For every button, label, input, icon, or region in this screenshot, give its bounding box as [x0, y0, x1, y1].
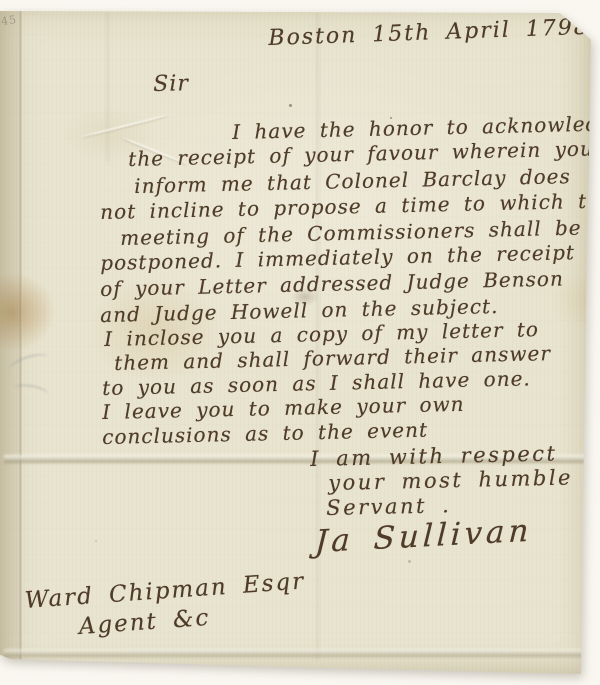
ink-speck [289, 104, 292, 107]
closing-line: your most humble [328, 465, 573, 495]
horizontal-crease-bottom [4, 649, 588, 657]
salutation: Sir [153, 71, 189, 97]
left-fold-strip [0, 10, 20, 663]
pencil-edge-mark: 45 [0, 13, 18, 28]
wrinkle-crease [81, 114, 169, 138]
closing-line: Servant . [326, 493, 452, 520]
signature: Ja Sullivan [314, 513, 533, 561]
vertical-fold-line [20, 10, 22, 665]
vertical-crease-top-left [106, 12, 113, 162]
paper-shadow-wrap: 45 Boston 15th April 1798 Sir I have the… [0, 0, 600, 685]
recipient-line: Agent &c [78, 605, 211, 640]
ink-speck [95, 540, 97, 542]
ink-speck [408, 560, 411, 563]
scanned-letter-stage: 45 Boston 15th April 1798 Sir I have the… [0, 0, 600, 685]
paper-sheet: 45 Boston 15th April 1798 Sir I have the… [0, 0, 600, 685]
